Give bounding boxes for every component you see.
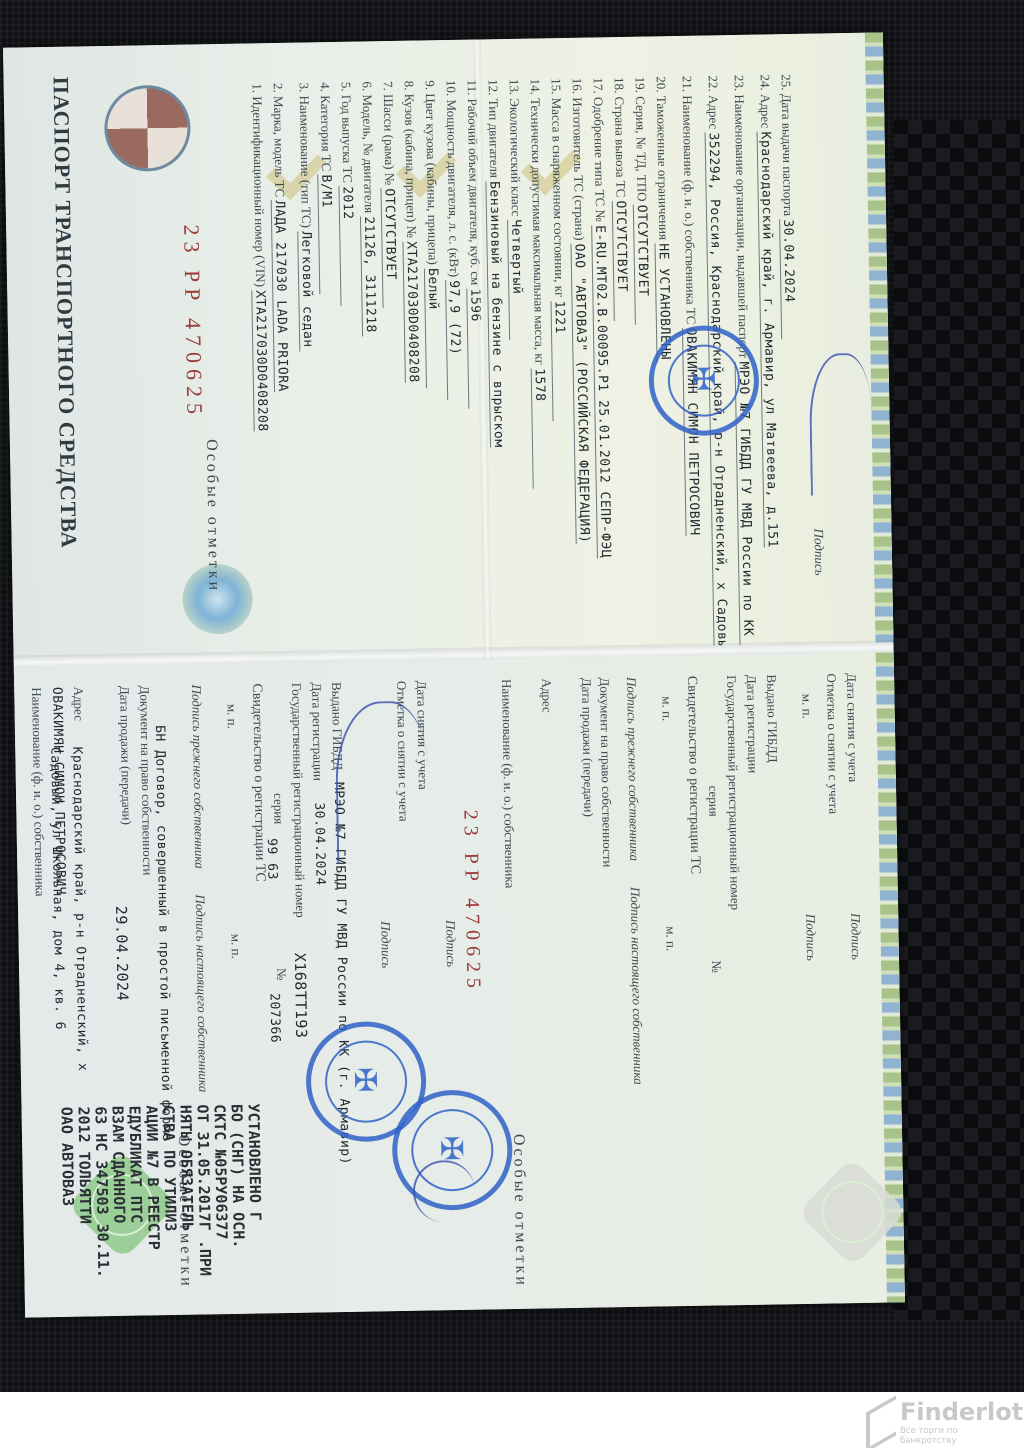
- vehicle-field-row: 5. Год выпуска ТС 2012: [337, 82, 359, 307]
- special-marks-line: УСТАНОВЛЕНО Г: [244, 1103, 264, 1275]
- signature-label: Подпись: [377, 921, 394, 968]
- vehicle-field-value: XTA217030D0408208: [251, 290, 269, 432]
- car-emblem-icon: [104, 85, 191, 172]
- special-marks-line: ОАО АВТОВАЗ: [57, 1107, 77, 1279]
- signature-top: [808, 353, 872, 496]
- owner2-dereg-date-label: Дата снятия с учета: [843, 673, 861, 782]
- vehicle-data-panel: ПАСПОРТ ТРАНСПОРТНОГО СРЕДСТВА 23 РР 470…: [3, 32, 894, 657]
- vehicle-field-label: 13. Экологический класс: [507, 79, 524, 220]
- vehicle-field-value: Бензиновый на бензине с впрыском: [485, 181, 506, 448]
- owner2-mp-label: м. п.: [798, 694, 814, 719]
- vehicle-field-label: 7. Шасси (рама) №: [381, 81, 398, 189]
- owner-address-value: Краснодарский край, р-н Отрадненский, х …: [43, 746, 94, 1127]
- mp-label: м. п.: [223, 704, 239, 729]
- vehicle-field-value: Четвертый: [507, 219, 525, 339]
- owner2-reg-cert-label: Свидетельство о регистрации ТС: [683, 676, 702, 875]
- vehicle-field-label: 16. Изготовитель ТС (страна): [570, 78, 588, 244]
- vehicle-field-label: 17. Одобрение типа ТС №: [591, 77, 609, 225]
- vehicle-field-value: ЛАДА 217030 LADA PRIORA: [271, 200, 290, 392]
- vehicle-field-label: 8. Кузов (кабина, прицеп) №: [402, 81, 420, 242]
- vehicle-field-label: 22. Адрес: [706, 75, 722, 132]
- owner2-ownership-doc-label: Документ на право собственности: [596, 677, 615, 867]
- vehicle-field-label: 24. Адрес: [758, 74, 774, 131]
- vehicle-field-row: 10. Мощность двигателя, л. с. (кВт) 97,9…: [442, 80, 466, 401]
- reg-cert-number-value: 207366: [267, 993, 283, 1043]
- vehicle-field-value: ОАО "АВТОВАЗ" (РОССИЙСКАЯ ФЕДЕРАЦИЯ): [570, 244, 591, 544]
- signature-label-top: Подпись: [811, 528, 828, 575]
- signature-label: Подпись: [442, 920, 459, 967]
- vehicle-field-value: 1221: [550, 300, 568, 420]
- vehicle-field-row: 25. Дата выдачи паспорта 30.04.2024: [777, 74, 800, 340]
- reg-date-value: 30.04.2024: [311, 802, 327, 886]
- vehicle-field-row: 1. Идентификационный номер (VIN) XTA2170…: [248, 83, 272, 432]
- ownership-panel: Особые отметки Особые отметки Наименован…: [14, 652, 905, 1317]
- fabric-pattern: [894, 120, 1024, 1320]
- owner-address-label: Адрес: [70, 686, 87, 721]
- vehicle-field-label: 18. Страна вывоза ТС: [612, 77, 629, 201]
- vehicle-field-value: ОТСУТСТВУЕТ: [380, 188, 398, 308]
- cur-owner-signature-label: Подпись настоящего собственника: [192, 894, 211, 1092]
- special-marks-text: УСТАНОВЛЕНО ГБО (СНГ) НА ОСН.СКТС №05РУ0…: [57, 1103, 264, 1278]
- vehicle-field-value: 30.04.2024: [779, 219, 797, 339]
- vehicle-field-row: 7. Шасси (рама) № ОТСУТСТВУЕТ: [379, 81, 401, 309]
- watermark-brand: Finderlot: [900, 1398, 1023, 1426]
- owner2-mp-label: м. п.: [658, 696, 674, 721]
- vehicle-field-label: 3. Наименование (тип ТС): [297, 82, 315, 231]
- vehicle-field-label: 4. Категория ТС: [318, 82, 335, 175]
- vehicle-field-row: 15. Масса в снаряженном состоянии, кг 12…: [547, 78, 571, 421]
- special-marks-heading-top: Особые отметки: [202, 439, 223, 593]
- ownership-doc-value: БН Договор, совершенный в простой письме…: [152, 725, 174, 1145]
- special-marks-heading-bottom-2: Особые отметки: [509, 1134, 530, 1288]
- prev-owner-signature-label: Подпись прежнего собственника: [188, 684, 207, 868]
- vehicle-field-label: 6. Модель, № двигателя: [360, 81, 377, 216]
- vehicle-field-row: 4. Категория ТС B/M1: [316, 82, 338, 295]
- vehicle-field-row: 12. Тип двигателя Бензиновый на бензине …: [484, 79, 508, 448]
- vehicle-field-value: ОТСУТСТВУЕТ: [633, 205, 651, 325]
- vehicle-field-value: 2012: [338, 186, 356, 306]
- vehicle-field-row: 8. Кузов (кабина, прицеп) № XTA217030D04…: [400, 81, 423, 383]
- vehicle-field-row: 3. Наименование (тип ТС) Легковой седан: [295, 82, 318, 351]
- special-marks-line: ОТ 31.05.2017Г .ПРИ: [193, 1104, 213, 1276]
- vehicle-field-label: 5. Год выпуска ТС: [339, 82, 356, 187]
- vehicle-field-label: 9. Цвет кузова (кабины, прицепа): [423, 80, 441, 268]
- sale-date-value: 29.04.2024: [112, 906, 132, 1002]
- stamp-emblem-icon: ✠: [689, 365, 720, 396]
- special-marks-line: АЦИИ №7 В РЕЕСТР: [142, 1105, 162, 1277]
- owner2-series-label: серия: [705, 785, 722, 816]
- serial-number: 23 РР 470625: [178, 224, 207, 420]
- vehicle-field-row: 20. Таможенные ограничения НЕ УСТАНОВЛЕН…: [652, 76, 675, 363]
- owner2-number-label: №: [708, 960, 724, 973]
- document-title: ПАСПОРТ ТРАНСПОРТНОГО СРЕДСТВА: [48, 77, 82, 549]
- owner2-cur-sig-label: Подпись настоящего собственника: [627, 887, 646, 1085]
- plate-label: Государственный регистрационный номер: [288, 683, 308, 918]
- owner2-dereg-label: Отметка о снятии с учета: [823, 673, 841, 814]
- owner2-mp-label: м. п.: [662, 926, 678, 951]
- vehicle-field-label: 1. Идентификационный номер (VIN): [250, 83, 269, 290]
- owner2-address-label: Адрес: [538, 678, 555, 713]
- vehicle-field-value: Легковой седан: [297, 231, 315, 351]
- owner2-name-label: Наименование (ф. и. о.) собственника: [498, 679, 518, 888]
- finderlot-watermark: Finderlot Все торги по банкротству: [866, 1398, 1016, 1442]
- vehicle-field-row: 2. Марка, модель ТС ЛАДА 217030 LADA PRI…: [269, 83, 292, 392]
- vehicle-field-label: 25. Дата выдачи паспорта: [779, 74, 797, 220]
- reg-date-label: Дата регистрации: [308, 682, 326, 781]
- special-marks-line: 63 НС 347503 30.11.: [91, 1106, 111, 1278]
- vehicle-field-value: XTA217030D0408208: [402, 241, 420, 383]
- vehicle-field-value: 21126, 3111218: [360, 216, 378, 336]
- vehicle-field-value: ОТСУТСТВУЕТ: [612, 200, 630, 320]
- reg-cert-series-value: 99 63: [264, 838, 280, 880]
- vehicle-field-value: 1578: [531, 368, 549, 488]
- reg-cert-number-label: №: [273, 968, 289, 981]
- vehicle-field-row: 19. Серия, № ТД, ТПО ОТСУТСТВУЕТ: [631, 77, 653, 325]
- owner2-prev-sig-label: Подпись прежнего собственника: [623, 677, 642, 861]
- vehicle-field-label: 20. Таможенные ограничения: [654, 76, 672, 243]
- vehicle-field-row: 9. Цвет кузова (кабины, прицепа) Белый: [421, 80, 444, 388]
- vehicle-field-value: B/M1: [317, 174, 335, 294]
- vehicle-field-value: 97,9 (72): [445, 280, 463, 400]
- watermark-tagline: Все торги по банкротству: [900, 1426, 1016, 1446]
- vehicle-field-value: Краснодарский край, г. Армавир, ул Матве…: [757, 131, 780, 548]
- vehicle-field-row: 21. Наименование (ф. и. о.) собственника…: [678, 76, 704, 536]
- stamp-emblem-icon: ✠: [351, 1066, 382, 1097]
- vehicle-field-row: 13. Экологический класс Четвертый: [505, 79, 528, 340]
- vehicle-field-label: 10. Мощность двигателя, л. с. (кВт): [444, 80, 462, 281]
- owner2-issued-by-label: Выдано ГИБДД: [763, 674, 781, 762]
- vehicle-field-label: 23. Наименование организации, выдавшей п…: [732, 75, 752, 362]
- vehicle-field-label: 12. Тип двигателя: [486, 79, 503, 181]
- signature-owner: [334, 700, 429, 864]
- special-marks-line: НЯТЫ ОБЯЗАТЕЛЬ: [176, 1105, 196, 1277]
- plate-value: Х168ТТ193: [291, 953, 310, 1039]
- vehicle-field-label: 14. Технически допустимая максимальная м…: [528, 78, 548, 368]
- special-marks-line: СТВА ПО УТИЛИЗ: [159, 1105, 179, 1277]
- sale-date-label: Дата продажи (передачи): [116, 686, 134, 825]
- vehicle-field-value: Белый: [424, 268, 442, 388]
- owner2-signature-label: Подпись: [802, 914, 819, 961]
- owner2-plate-label: Государственный регистрационный номер: [723, 675, 743, 910]
- serial-number-inner: 23 РР 470625: [458, 810, 484, 995]
- vehicle-passport-document: ПАСПОРТ ТРАНСПОРТНОГО СРЕДСТВА 23 РР 470…: [3, 32, 905, 1317]
- vehicle-field-label: 19. Серия, № ТД, ТПО: [633, 77, 650, 205]
- special-marks-line: ЕДУБЛИКАТ ПТС: [125, 1106, 145, 1278]
- owner2-signature-label-2: Подпись: [847, 913, 864, 960]
- vehicle-field-value: Е-RU.МТ02.В.00095.Р1 25.01.2012 СЕПР-ФЭЦ: [591, 225, 613, 558]
- vehicle-field-row: 18. Страна вывоза ТС ОТСУТСТВУЕТ: [610, 77, 632, 321]
- vehicle-field-label: 21. Наименование (ф. и. о.) собственника…: [680, 76, 699, 328]
- vehicle-field-label: 2. Марка, модель ТС: [271, 83, 288, 201]
- special-marks-line: БО (СНГ) НА ОСН.: [227, 1104, 247, 1276]
- signature-marks: [412, 1160, 475, 1223]
- special-marks-line: 2012 ТОЛЬЯТТИ: [74, 1106, 94, 1278]
- reg-cert-series-label: серия: [270, 793, 287, 824]
- vehicle-field-row: 6. Модель, № двигателя 21126, 3111218: [358, 81, 380, 336]
- finderlot-logo-icon: [866, 1395, 896, 1448]
- owner2-sale-date-label: Дата продажи (передачи): [578, 678, 596, 817]
- mp-label: м. п.: [227, 934, 243, 959]
- owner2-reg-date-label: Дата регистрации: [743, 675, 761, 774]
- vehicle-field-label: 15. Масса в снаряженном состоянии, кг: [549, 78, 568, 301]
